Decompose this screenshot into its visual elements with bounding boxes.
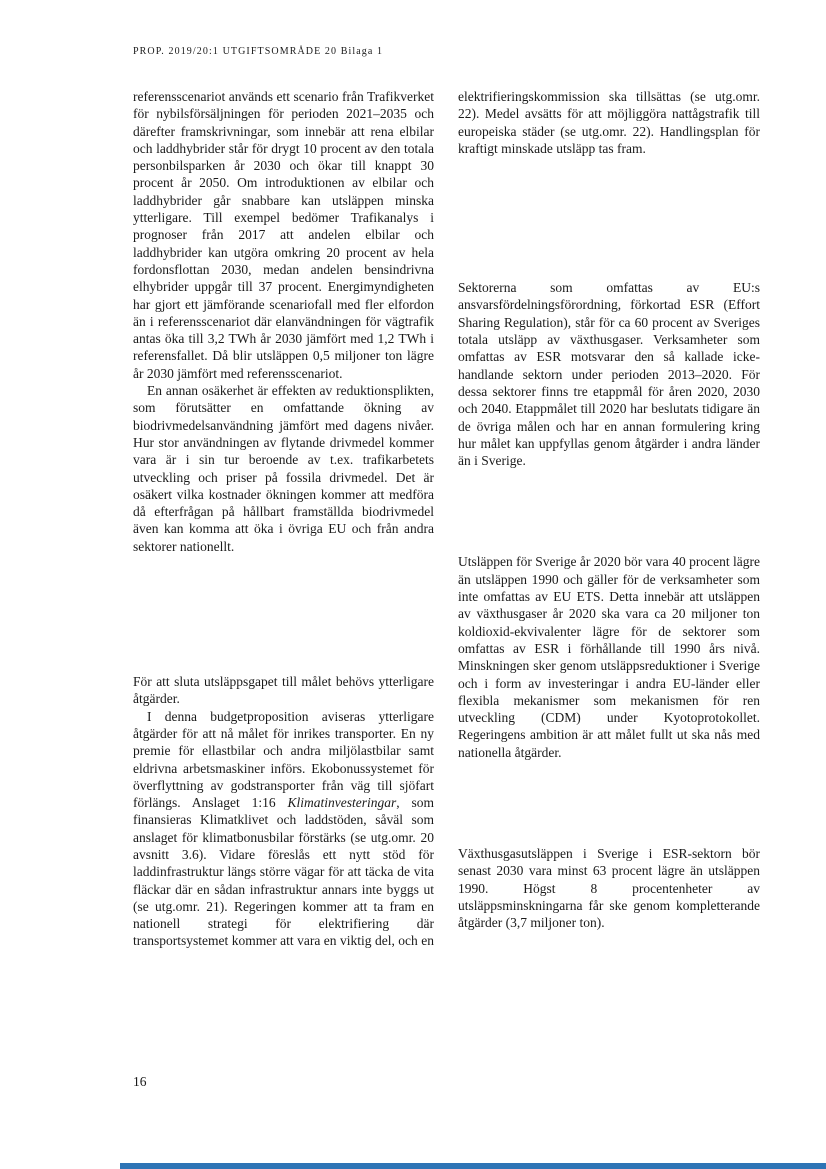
paragraph-scenario: referensscenariot används ett scenario f…	[133, 88, 434, 382]
paragraph-utslapp-2020: Utsläppen för Sverige år 2020 bör vara 4…	[458, 553, 760, 761]
paragraph-text: , som finansieras Klimatklivet och ladds…	[133, 795, 434, 948]
page-header: PROP. 2019/20:1 UTGIFTSOMRÅDE 20 Bilaga …	[133, 46, 383, 57]
italic-term-klimatinvesteringar: Klimatinvesteringar	[287, 795, 396, 810]
paragraph-utslappsgapet: För att sluta utsläppsgapet till målet b…	[133, 673, 434, 708]
paragraph-esr-sektorerna: Sektorerna som omfattas av EU:s ansvarsf…	[458, 279, 760, 469]
right-column: elektrifieringskommission ska tillsättas…	[458, 88, 760, 932]
page-number: 16	[133, 1074, 147, 1090]
paragraph-elektrifieringskommission: elektrifieringskommission ska tillsättas…	[458, 88, 760, 157]
document-page: PROP. 2019/20:1 UTGIFTSOMRÅDE 20 Bilaga …	[0, 0, 826, 1169]
left-column: referensscenariot används ett scenario f…	[133, 88, 434, 950]
paragraph-reduktionsplikten: En annan osäkerhet är effekten av redukt…	[133, 382, 434, 555]
paragraph-vaxthusgasutslapp-2030: Växthusgasutsläppen i Sverige i ESR-sekt…	[458, 845, 760, 931]
paragraph-budgetproposition: I denna budgetproposition aviseras ytter…	[133, 708, 434, 950]
bottom-accent-bar	[120, 1163, 826, 1169]
